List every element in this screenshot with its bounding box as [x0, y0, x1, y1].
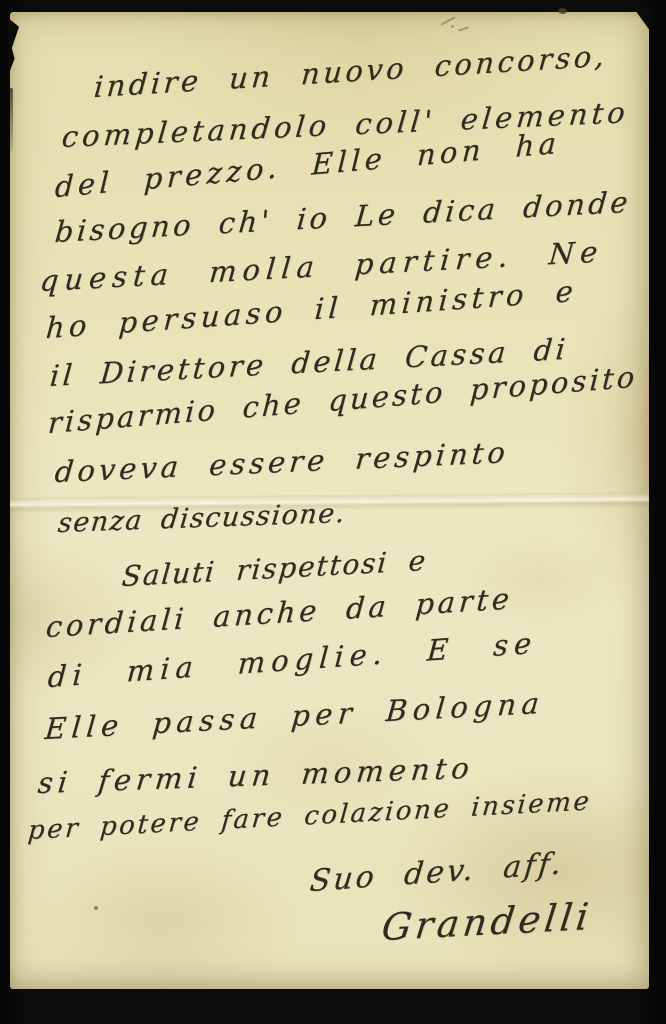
handwriting-line-15: si fermi un momento [36, 751, 475, 800]
pencil-mark [458, 26, 469, 31]
signature-closing: Suo dev. aff. [308, 846, 566, 899]
pencil-mark [451, 25, 454, 28]
handwriting-line-14: Elle passa per Bologna [44, 686, 546, 746]
handwriting-line-9: doveva essere respinto [53, 435, 510, 489]
handwriting-line-11: Saluti rispettosi e [121, 544, 429, 593]
signature-name: Grandelli [379, 895, 594, 949]
paper-tear-top-left [8, 18, 19, 76]
letter-page: indire un nuovo concorso, completandolo … [10, 12, 649, 989]
handwriting-line-1: indire un nuovo concorso, [93, 38, 609, 104]
paper-corner-cut [635, 10, 651, 32]
ink-speck [94, 906, 98, 910]
paper-edge-nick [9, 88, 13, 152]
scan-background: indire un nuovo concorso, completandolo … [0, 0, 666, 1024]
ink-speck [558, 8, 567, 14]
